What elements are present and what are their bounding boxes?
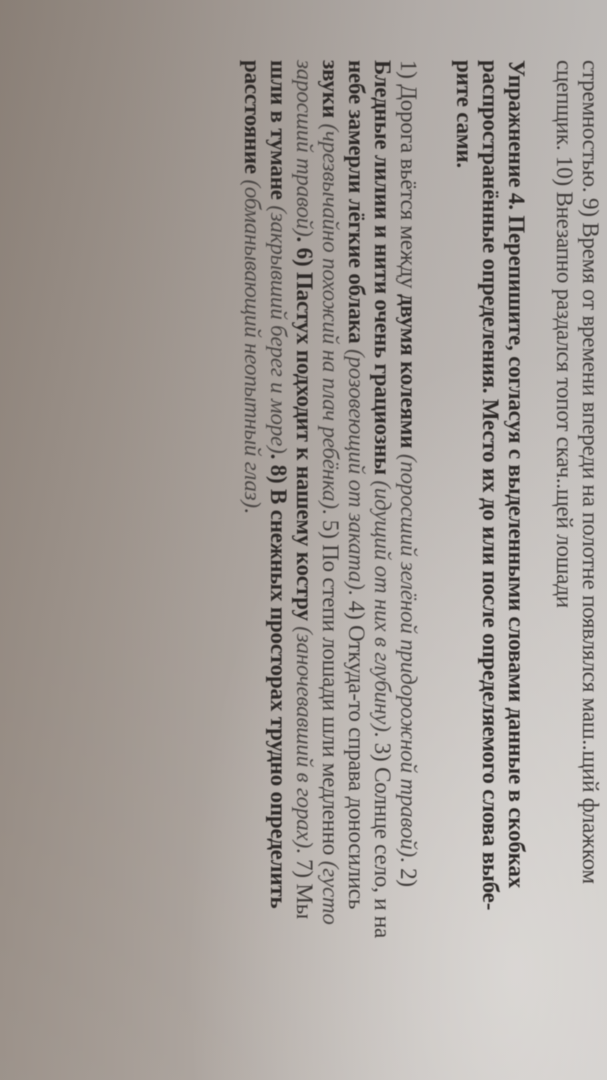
bracketed-definition: (чрезвычайно похожий на плач ребёнка) (318, 118, 343, 509)
bracketed-definition: (густо (318, 855, 343, 925)
bracketed-definition: (поросший зелёной придорожной травой) (396, 448, 421, 857)
sentence-text: . 3) Солнце село, и на (370, 732, 395, 938)
sentence-line-1: 1) Дорога вьётся между двумя колеями (по… (395, 60, 421, 887)
sentence-line-6: шли в тумане (закрывший берег и море). 8… (265, 60, 291, 908)
sentence-text: 1) Дорога вьётся между (396, 60, 421, 294)
highlighted-words: Бледные лилии и нити очень грациозны (370, 60, 395, 475)
bracketed-definition: (розовеющий от заката) (344, 343, 369, 589)
exercise-heading-line: Упражнение 4. Перепишите, согласуя с выд… (503, 60, 529, 888)
exercise-instruction: Перепишите, согласуя с выделенными слова… (504, 210, 529, 888)
text-fragment: 9) Время от времени впереди на полотне п… (578, 198, 603, 884)
exercise-instruction-line-2: распространённые определения. Место их д… (477, 60, 503, 910)
sentence-line-2: Бледные лилии и нити очень грациозны (ид… (369, 60, 395, 938)
sentence-text: . 7) Мы (292, 848, 317, 919)
sentence-text: . 4) Откуда-то справа доносились (344, 590, 369, 909)
highlighted-words: шли в тумане (266, 60, 291, 200)
bracketed-definition: (обманывающий неопытный глаз) (240, 174, 265, 508)
sentence-text: . 5) По степи лошади шли медленно (318, 509, 343, 855)
text-line-prev-9: стремностью. 9) Время от времени впереди… (577, 60, 603, 884)
text-fragment: сцепщик. 10) Внезапно раздался топот ска… (552, 60, 577, 608)
exercise-instruction: рите сами. (452, 60, 477, 168)
rotated-textbook-page: стремностью. 9) Время от времени впереди… (0, 0, 607, 1080)
exercise-instruction-line-3: рите сами. (451, 60, 477, 168)
exercise-title: Упражнение 4. (504, 60, 529, 210)
highlighted-words: . 8) В снежных просторах трудно определи… (266, 454, 291, 909)
bracketed-definition: заросший травой) (292, 60, 317, 237)
text-line-prev-10: сцепщик. 10) Внезапно раздался топот ска… (551, 60, 577, 608)
sentence-line-3: небе замерли лёгкие облака (розовеющий о… (343, 60, 369, 909)
sentence-line-5: заросший травой). 6) Пастух подходит к н… (291, 60, 317, 919)
sentence-line-4: звуки (чрезвычайно похожий на плач ребён… (317, 60, 343, 925)
exercise-instruction: распространённые определения. Место их д… (478, 60, 503, 910)
sentence-line-7: расстояние (обманывающий неопытный глаз)… (239, 60, 265, 513)
highlighted-words: . 6) Пастух подходит к нашему костру (292, 237, 317, 621)
highlighted-words: двумя колеями (396, 294, 421, 448)
highlighted-words: небе замерли лёгкие облака (344, 60, 369, 343)
sentence-text: . 2) (396, 857, 421, 887)
bracketed-definition: (идущий от них в глубину) (370, 475, 395, 732)
bracketed-definition: (заночевавший в горах) (292, 621, 317, 848)
text-fragment: стремностью. (578, 60, 603, 198)
highlighted-words: звуки (318, 60, 343, 118)
bracketed-definition: (закрывший берег и море) (266, 200, 291, 454)
sentence-text: . (240, 508, 265, 514)
highlighted-words: расстояние (240, 60, 265, 174)
